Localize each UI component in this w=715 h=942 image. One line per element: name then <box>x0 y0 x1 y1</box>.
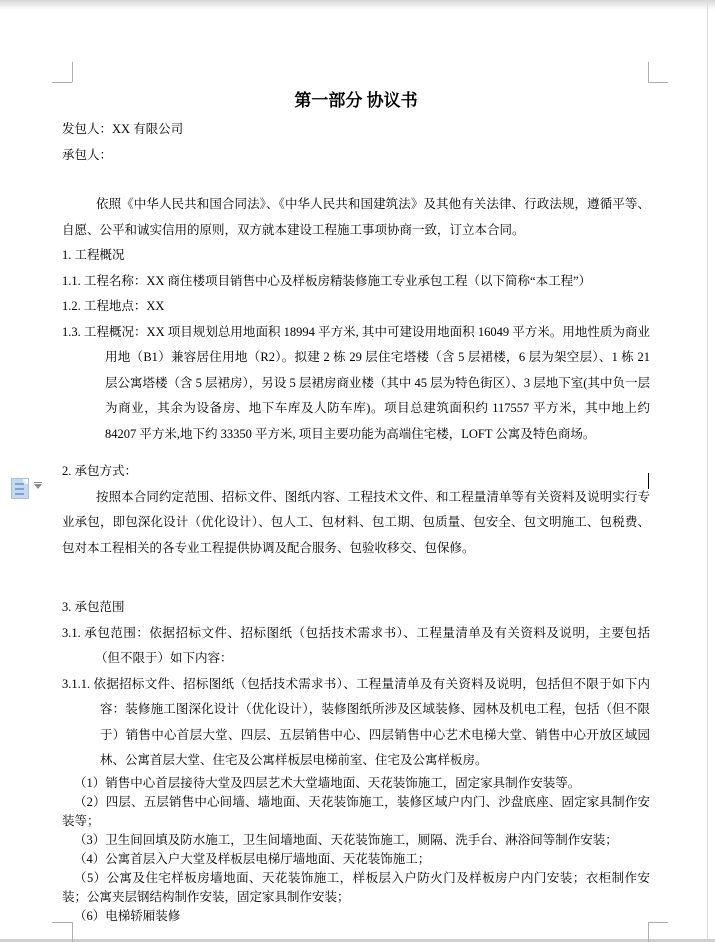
party-b-line: 承包人： <box>62 143 650 169</box>
clause-1-2: 1.2. 工程地点：XX <box>62 294 650 320</box>
text-boundary-mark <box>72 62 73 82</box>
scope-list-item-2: （2）四层、五层销售中心间墙、墙地面、天花装饰施工，装修区域户内门、沙盘底座、固… <box>62 793 650 831</box>
clause-3-1: 3.1. 承包范围：依据招标文件、招标图纸（包括技术需求书）、工程量清单及有关资… <box>62 621 650 672</box>
preamble-paragraph: 依照《中华人民共和国合同法》、《中华人民共和国建筑法》及其他有关法律、行政法规，… <box>62 192 650 243</box>
scope-list-item-6: （6）电梯轿厢装修 <box>62 907 650 926</box>
text-boundary-mark <box>648 82 668 83</box>
chevron-down-icon[interactable] <box>34 484 42 489</box>
text-cursor <box>648 473 649 489</box>
section2-heading: 2. 承包方式： <box>62 459 650 485</box>
margin-smart-tag-button[interactable] <box>11 477 43 499</box>
document-title: 第一部分 协议书 <box>62 85 650 117</box>
party-a-line: 发包人：XX 有限公司 <box>62 117 650 143</box>
chevron-down-icon <box>34 482 42 483</box>
section2-body: 按照本合同约定范围、招标文件、图纸内容、工程技术文件、和工程量清单等有关资料及说… <box>62 485 650 562</box>
clause-1-3: 1.3. 工程概况：XX 项目规划总用地面积 18994 平方米, 其中可建设用… <box>62 320 650 448</box>
scope-list-item-5: （5）公寓及住宅样板房墙地面、天花装饰施工，样板层入户防火门及样板房户内门安装；… <box>62 869 650 907</box>
page-right-edge <box>707 0 708 942</box>
pages-icon <box>11 478 29 499</box>
section1-heading: 1. 工程概况 <box>62 243 650 269</box>
text-boundary-mark <box>648 922 668 923</box>
clause-1-1: 1.1. 工程名称：XX 商住楼项目销售中心及样板房精装修施工专业承包工程（以下… <box>62 269 650 295</box>
scope-list-item-3: （3）卫生间回填及防水施工，卫生间墙地面、天花装饰施工，厕隔、洗手台、淋浴间等制… <box>62 831 650 850</box>
word-document-page: 第一部分 协议书 发包人：XX 有限公司 承包人： 依照《中华人民共和国合同法》… <box>0 0 715 942</box>
scope-list-item-4: （4）公寓首层入户大堂及样板层电梯厅墙地面、天花装饰施工； <box>62 850 650 869</box>
page-top-edge <box>0 0 715 10</box>
text-boundary-mark <box>648 62 649 82</box>
section3-heading: 3. 承包范围 <box>62 595 650 621</box>
scope-list-item-1: （1）销售中心首层接待大堂及四层艺术大堂墙地面、天花装饰施工，固定家具制作安装等… <box>62 774 650 793</box>
document-edit-area[interactable]: 第一部分 协议书 发包人：XX 有限公司 承包人： 依照《中华人民共和国合同法》… <box>62 85 650 926</box>
clause-3-1-1: 3.1.1. 依据招标文件、招标图纸（包括技术需求书）、工程量清单及有关资料及说… <box>62 672 650 774</box>
text-boundary-mark <box>52 82 72 83</box>
